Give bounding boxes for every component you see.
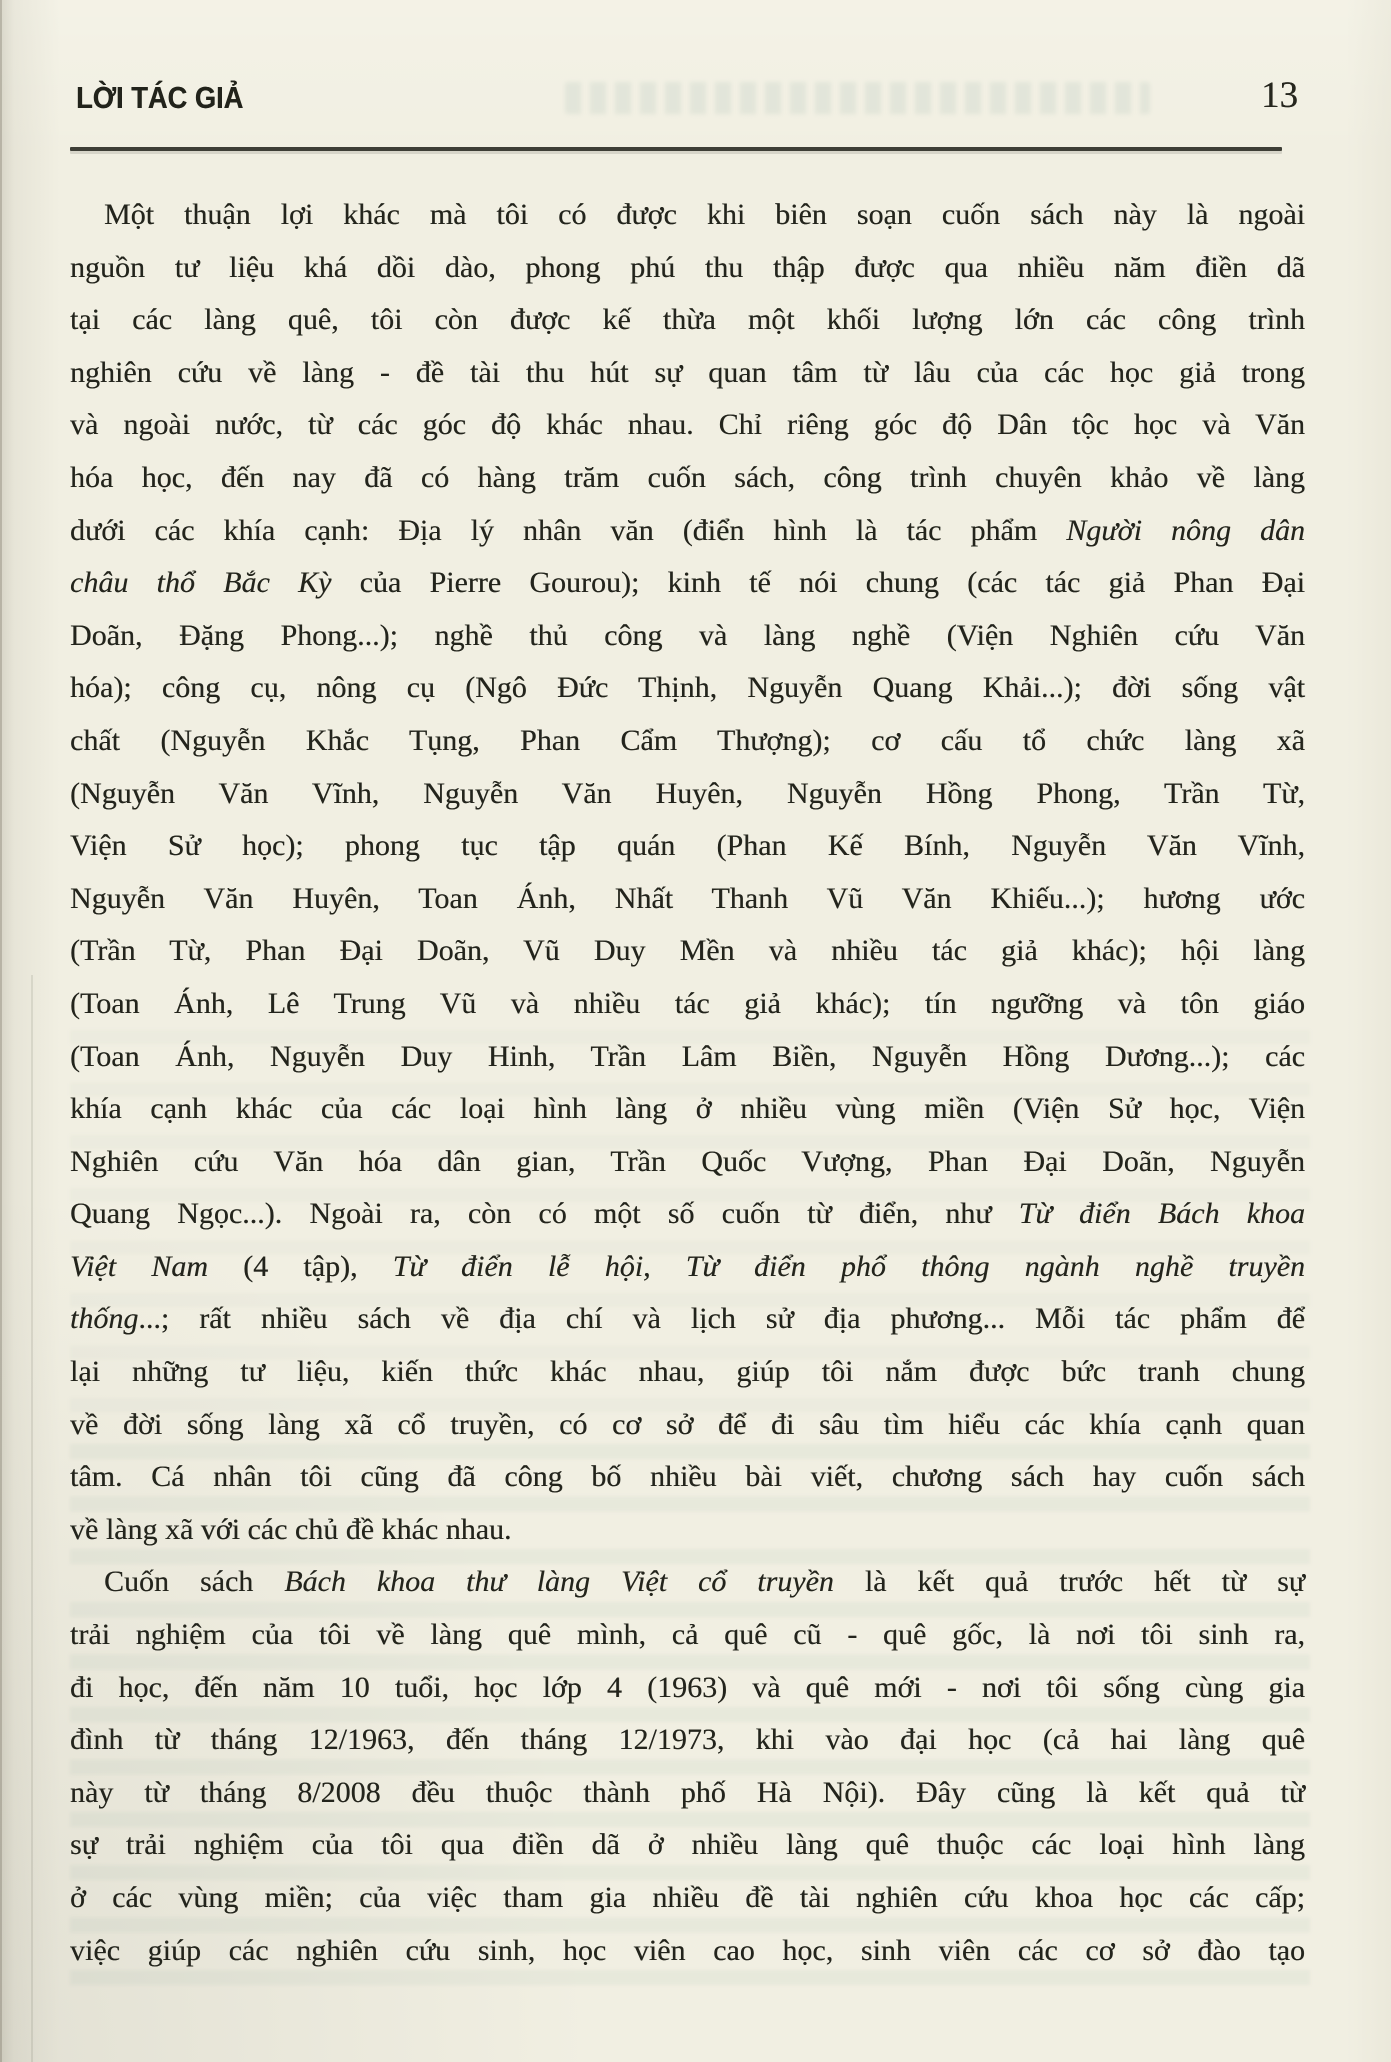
text-line: (Nguyễn Văn Vĩnh, Nguyễn Văn Huyên, Nguy…	[70, 768, 1305, 821]
text-line: về đời sống làng xã cổ truyền, có cơ sở …	[70, 1399, 1305, 1452]
text-segment: khía cạnh khác của các loại hình làng ở …	[70, 1092, 1305, 1125]
scan-artifact-line	[31, 975, 33, 2062]
text-segment: ...; rất nhiều sách về địa chí và lịch s…	[138, 1302, 1305, 1335]
text-line: nghiên cứu về làng - đề tài thu hút sự q…	[70, 347, 1305, 400]
text-segment: Một thuận lợi khác mà tôi có được khi bi…	[104, 198, 1305, 231]
text-segment: tâm. Cá nhân tôi cũng đã công bố nhiều b…	[70, 1460, 1305, 1493]
text-line: Một thuận lợi khác mà tôi có được khi bi…	[70, 189, 1305, 242]
text-line: tại các làng quê, tôi còn được kế thừa m…	[70, 294, 1305, 347]
text-line: đi học, đến năm 10 tuổi, học lớp 4 (1963…	[70, 1662, 1305, 1715]
text-line: khía cạnh khác của các loại hình làng ở …	[70, 1083, 1305, 1136]
text-line: nguồn tư liệu khá dồi dào, phong phú thu…	[70, 242, 1305, 295]
text-line: về làng xã với các chủ đề khác nhau.	[70, 1504, 1305, 1557]
italic-text-segment: Bách khoa thư làng Việt cổ truyền	[284, 1565, 834, 1598]
text-segment: trải nghiệm của tôi về làng quê mình, cả…	[70, 1618, 1305, 1651]
body-text: Một thuận lợi khác mà tôi có được khi bi…	[70, 189, 1305, 1977]
text-segment: lại những tư liệu, kiến thức khác nhau, …	[70, 1355, 1305, 1388]
text-segment: nghiên cứu về làng - đề tài thu hút sự q…	[70, 356, 1305, 389]
text-line: (Toan Ánh, Lê Trung Vũ và nhiều tác giả …	[70, 978, 1305, 1031]
header-divider	[70, 147, 1282, 151]
text-segment: đình từ tháng 12/1963, đến tháng 12/1973…	[70, 1723, 1305, 1756]
text-segment: Nguyễn Văn Huyên, Toan Ánh, Nhất Thanh V…	[70, 882, 1305, 915]
scan-edge-line	[0, 0, 2, 2062]
text-segment: và ngoài nước, từ các góc độ khác nhau. …	[70, 408, 1305, 441]
text-line: Quang Ngọc...). Ngoài ra, còn có một số …	[70, 1188, 1305, 1241]
text-segment: (Toan Ánh, Lê Trung Vũ và nhiều tác giả …	[70, 987, 1305, 1020]
text-line: Nguyễn Văn Huyên, Toan Ánh, Nhất Thanh V…	[70, 873, 1305, 926]
text-line: hóa học, đến nay đã có hàng trăm cuốn sá…	[70, 452, 1305, 505]
text-line: châu thổ Bắc Kỳ của Pierre Gourou); kinh…	[70, 557, 1305, 610]
italic-text-segment: châu thổ Bắc Kỳ	[70, 566, 331, 599]
scanned-book-page: { "header": { "title": "LỜI TÁC GIẢ", "p…	[0, 0, 1391, 2062]
text-segment: về đời sống làng xã cổ truyền, có cơ sở …	[70, 1408, 1305, 1441]
text-line: này từ tháng 8/2008 đều thuộc thành phố …	[70, 1767, 1305, 1820]
text-segment: này từ tháng 8/2008 đều thuộc thành phố …	[70, 1776, 1305, 1809]
text-line: và ngoài nước, từ các góc độ khác nhau. …	[70, 399, 1305, 452]
text-segment: (4 tập),	[208, 1250, 393, 1283]
text-segment: (Trần Từ, Phan Đại Doãn, Vũ Duy Mền và n…	[70, 934, 1305, 967]
text-segment: nguồn tư liệu khá dồi dào, phong phú thu…	[70, 251, 1305, 284]
italic-text-segment: Từ điển lễ hội, Từ điển phổ thông ngành …	[393, 1250, 1305, 1283]
text-segment: của Pierre Gourou); kinh tế nói chung (c…	[331, 566, 1305, 599]
text-line: trải nghiệm của tôi về làng quê mình, cả…	[70, 1609, 1305, 1662]
text-segment: ở các vùng miền; của việc tham gia nhiều…	[70, 1881, 1305, 1914]
text-line: (Toan Ánh, Nguyễn Duy Hinh, Trần Lâm Biề…	[70, 1031, 1305, 1084]
text-segment: dưới các khía cạnh: Địa lý nhân văn (điể…	[70, 514, 1066, 547]
text-segment: Nghiên cứu Văn hóa dân gian, Trần Quốc V…	[70, 1145, 1305, 1178]
text-line: sự trải nghiệm của tôi qua điền dã ở nhi…	[70, 1819, 1305, 1872]
text-segment: Cuốn sách	[104, 1565, 284, 1598]
text-segment: (Toan Ánh, Nguyễn Duy Hinh, Trần Lâm Biề…	[70, 1040, 1305, 1073]
text-line: lại những tư liệu, kiến thức khác nhau, …	[70, 1346, 1305, 1399]
text-line: dưới các khía cạnh: Địa lý nhân văn (điể…	[70, 505, 1305, 558]
text-segment: Quang Ngọc...). Ngoài ra, còn có một số …	[70, 1197, 1019, 1230]
text-line: thống...; rất nhiều sách về địa chí và l…	[70, 1293, 1305, 1346]
text-line: Cuốn sách Bách khoa thư làng Việt cổ tru…	[70, 1556, 1305, 1609]
italic-text-segment: Việt Nam	[70, 1250, 208, 1283]
text-line: Việt Nam (4 tập), Từ điển lễ hội, Từ điể…	[70, 1241, 1305, 1294]
text-segment: hóa); công cụ, nông cụ (Ngô Đức Thịnh, N…	[70, 671, 1305, 704]
text-line: đình từ tháng 12/1963, đến tháng 12/1973…	[70, 1714, 1305, 1767]
text-line: tâm. Cá nhân tôi cũng đã công bố nhiều b…	[70, 1451, 1305, 1504]
text-line: việc giúp các nghiên cứu sinh, học viên …	[70, 1925, 1305, 1978]
text-line: Doãn, Đặng Phong...); nghề thủ công và l…	[70, 610, 1305, 663]
italic-text-segment: thống	[70, 1302, 138, 1335]
text-line: Nghiên cứu Văn hóa dân gian, Trần Quốc V…	[70, 1136, 1305, 1189]
page-number: 13	[1261, 74, 1298, 117]
text-line: Viện Sử học); phong tục tập quán (Phan K…	[70, 820, 1305, 873]
italic-text-segment: Người nông dân	[1066, 514, 1305, 547]
text-segment: việc giúp các nghiên cứu sinh, học viên …	[70, 1934, 1305, 1967]
text-line: hóa); công cụ, nông cụ (Ngô Đức Thịnh, N…	[70, 662, 1305, 715]
italic-text-segment: Từ điển Bách khoa	[1019, 1197, 1305, 1230]
text-segment: chất (Nguyễn Khắc Tụng, Phan Cẩm Thượng)…	[70, 724, 1305, 757]
bleed-through-artifact	[565, 82, 1150, 114]
text-segment: hóa học, đến nay đã có hàng trăm cuốn sá…	[70, 461, 1305, 494]
text-segment: là kết quả trước hết từ sự	[834, 1565, 1305, 1598]
text-segment: (Nguyễn Văn Vĩnh, Nguyễn Văn Huyên, Nguy…	[70, 777, 1305, 810]
text-segment: đi học, đến năm 10 tuổi, học lớp 4 (1963…	[70, 1671, 1305, 1704]
text-segment: Viện Sử học); phong tục tập quán (Phan K…	[70, 829, 1305, 862]
text-segment: sự trải nghiệm của tôi qua điền dã ở nhi…	[70, 1828, 1305, 1861]
text-line: (Trần Từ, Phan Đại Doãn, Vũ Duy Mền và n…	[70, 925, 1305, 978]
text-segment: tại các làng quê, tôi còn được kế thừa m…	[70, 303, 1305, 336]
text-line: chất (Nguyễn Khắc Tụng, Phan Cẩm Thượng)…	[70, 715, 1305, 768]
text-segment: về làng xã với các chủ đề khác nhau.	[70, 1513, 512, 1546]
running-header-title: LỜI TÁC GIẢ	[76, 80, 243, 116]
text-line: ở các vùng miền; của việc tham gia nhiều…	[70, 1872, 1305, 1925]
text-segment: Doãn, Đặng Phong...); nghề thủ công và l…	[70, 619, 1305, 652]
